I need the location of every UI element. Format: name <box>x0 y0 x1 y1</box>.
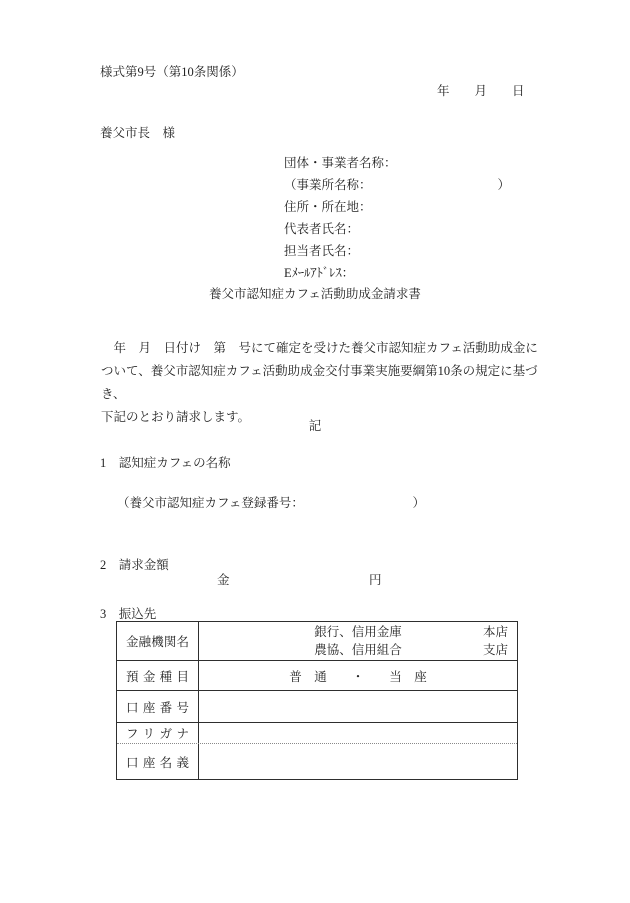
section3-heading: 3 振込先 <box>100 604 156 622</box>
account-holder-label: 口座名義 <box>126 753 189 771</box>
deposit-type-label-cell: 預金種目 <box>117 661 199 690</box>
amount-prefix: 金 <box>217 570 230 588</box>
email-label: Eﾒｰﾙｱﾄﾞﾚｽ： <box>284 262 510 284</box>
table-row-furigana: フリガナ <box>117 722 517 743</box>
registration-close-paren: ） <box>412 493 425 511</box>
registration-number-label: （養父市認知症カフェ登録番号： <box>117 493 304 511</box>
section2-heading: 2 請求金額 <box>100 555 169 573</box>
address-label: 住所・所在地： <box>284 196 510 218</box>
furigana-label-cell: フリガナ <box>117 723 199 743</box>
account-number-label: 口座番号 <box>126 698 189 716</box>
account-number-value-cell <box>199 691 517 722</box>
furigana-value-cell <box>199 723 517 743</box>
table-row-financial-institution: 金融機関名 銀行、信用金庫 本店 農協、信用組合 支店 <box>117 622 517 660</box>
account-holder-value-cell <box>199 744 517 779</box>
form-number: 様式第9号（第10条関係） <box>100 62 244 80</box>
financial-institution-label: 金融機関名 <box>126 632 189 650</box>
bank-option-line-2: 農協、信用組合 支店 <box>199 641 517 659</box>
furigana-label: フリガナ <box>126 724 189 742</box>
amount-suffix: 円 <box>369 570 382 588</box>
date-line: 年 月 日 <box>437 81 525 99</box>
office-name-line: （事業所名称： ） <box>284 174 510 196</box>
financial-institution-label-cell: 金融機関名 <box>117 622 199 660</box>
financial-institution-value-cell: 銀行、信用金庫 本店 農協、信用組合 支店 <box>199 622 517 660</box>
bank-option-line-1: 銀行、信用金庫 本店 <box>199 623 517 641</box>
record-marker: 記 <box>0 416 630 434</box>
org-name-label: 団体・事業者名称： <box>284 152 510 174</box>
representative-name-label: 代表者氏名： <box>284 218 510 240</box>
bank-option-1: 銀行、信用金庫 <box>314 625 402 639</box>
branch-option-2: 支店 <box>483 641 508 659</box>
document-page: 様式第9号（第10条関係） 年 月 日 養父市長 様 団体・事業者名称： （事業… <box>0 0 630 903</box>
account-number-label-cell: 口座番号 <box>117 691 199 722</box>
account-holder-label-cell: 口座名義 <box>117 744 199 779</box>
bank-option-2: 農協、信用組合 <box>314 643 402 657</box>
contact-person-label: 担当者氏名： <box>284 240 510 262</box>
document-title: 養父市認知症カフェ活動助成金請求書 <box>0 284 630 302</box>
applicant-block: 団体・事業者名称： （事業所名称： ） 住所・所在地： 代表者氏名： 担当者氏名… <box>284 152 510 284</box>
branch-option-1: 本店 <box>483 623 508 641</box>
office-name-label: （事業所名称： <box>284 174 372 196</box>
table-row-account-holder: 口座名義 <box>117 743 517 779</box>
addressee: 養父市長 様 <box>100 123 175 141</box>
bank-transfer-table: 金融機関名 銀行、信用金庫 本店 農協、信用組合 支店 預金種目 普 通 ・ 当… <box>116 621 518 780</box>
table-row-deposit-type: 預金種目 普 通 ・ 当 座 <box>117 660 517 690</box>
office-name-close-paren: ） <box>497 174 510 196</box>
table-row-account-number: 口座番号 <box>117 690 517 722</box>
registration-number-line: （養父市認知症カフェ登録番号： ） <box>117 493 425 511</box>
section1-heading: 1 認知症カフェの名称 <box>100 453 231 471</box>
deposit-type-options: 普 通 ・ 当 座 <box>199 661 517 690</box>
deposit-type-label: 預金種目 <box>126 667 189 685</box>
